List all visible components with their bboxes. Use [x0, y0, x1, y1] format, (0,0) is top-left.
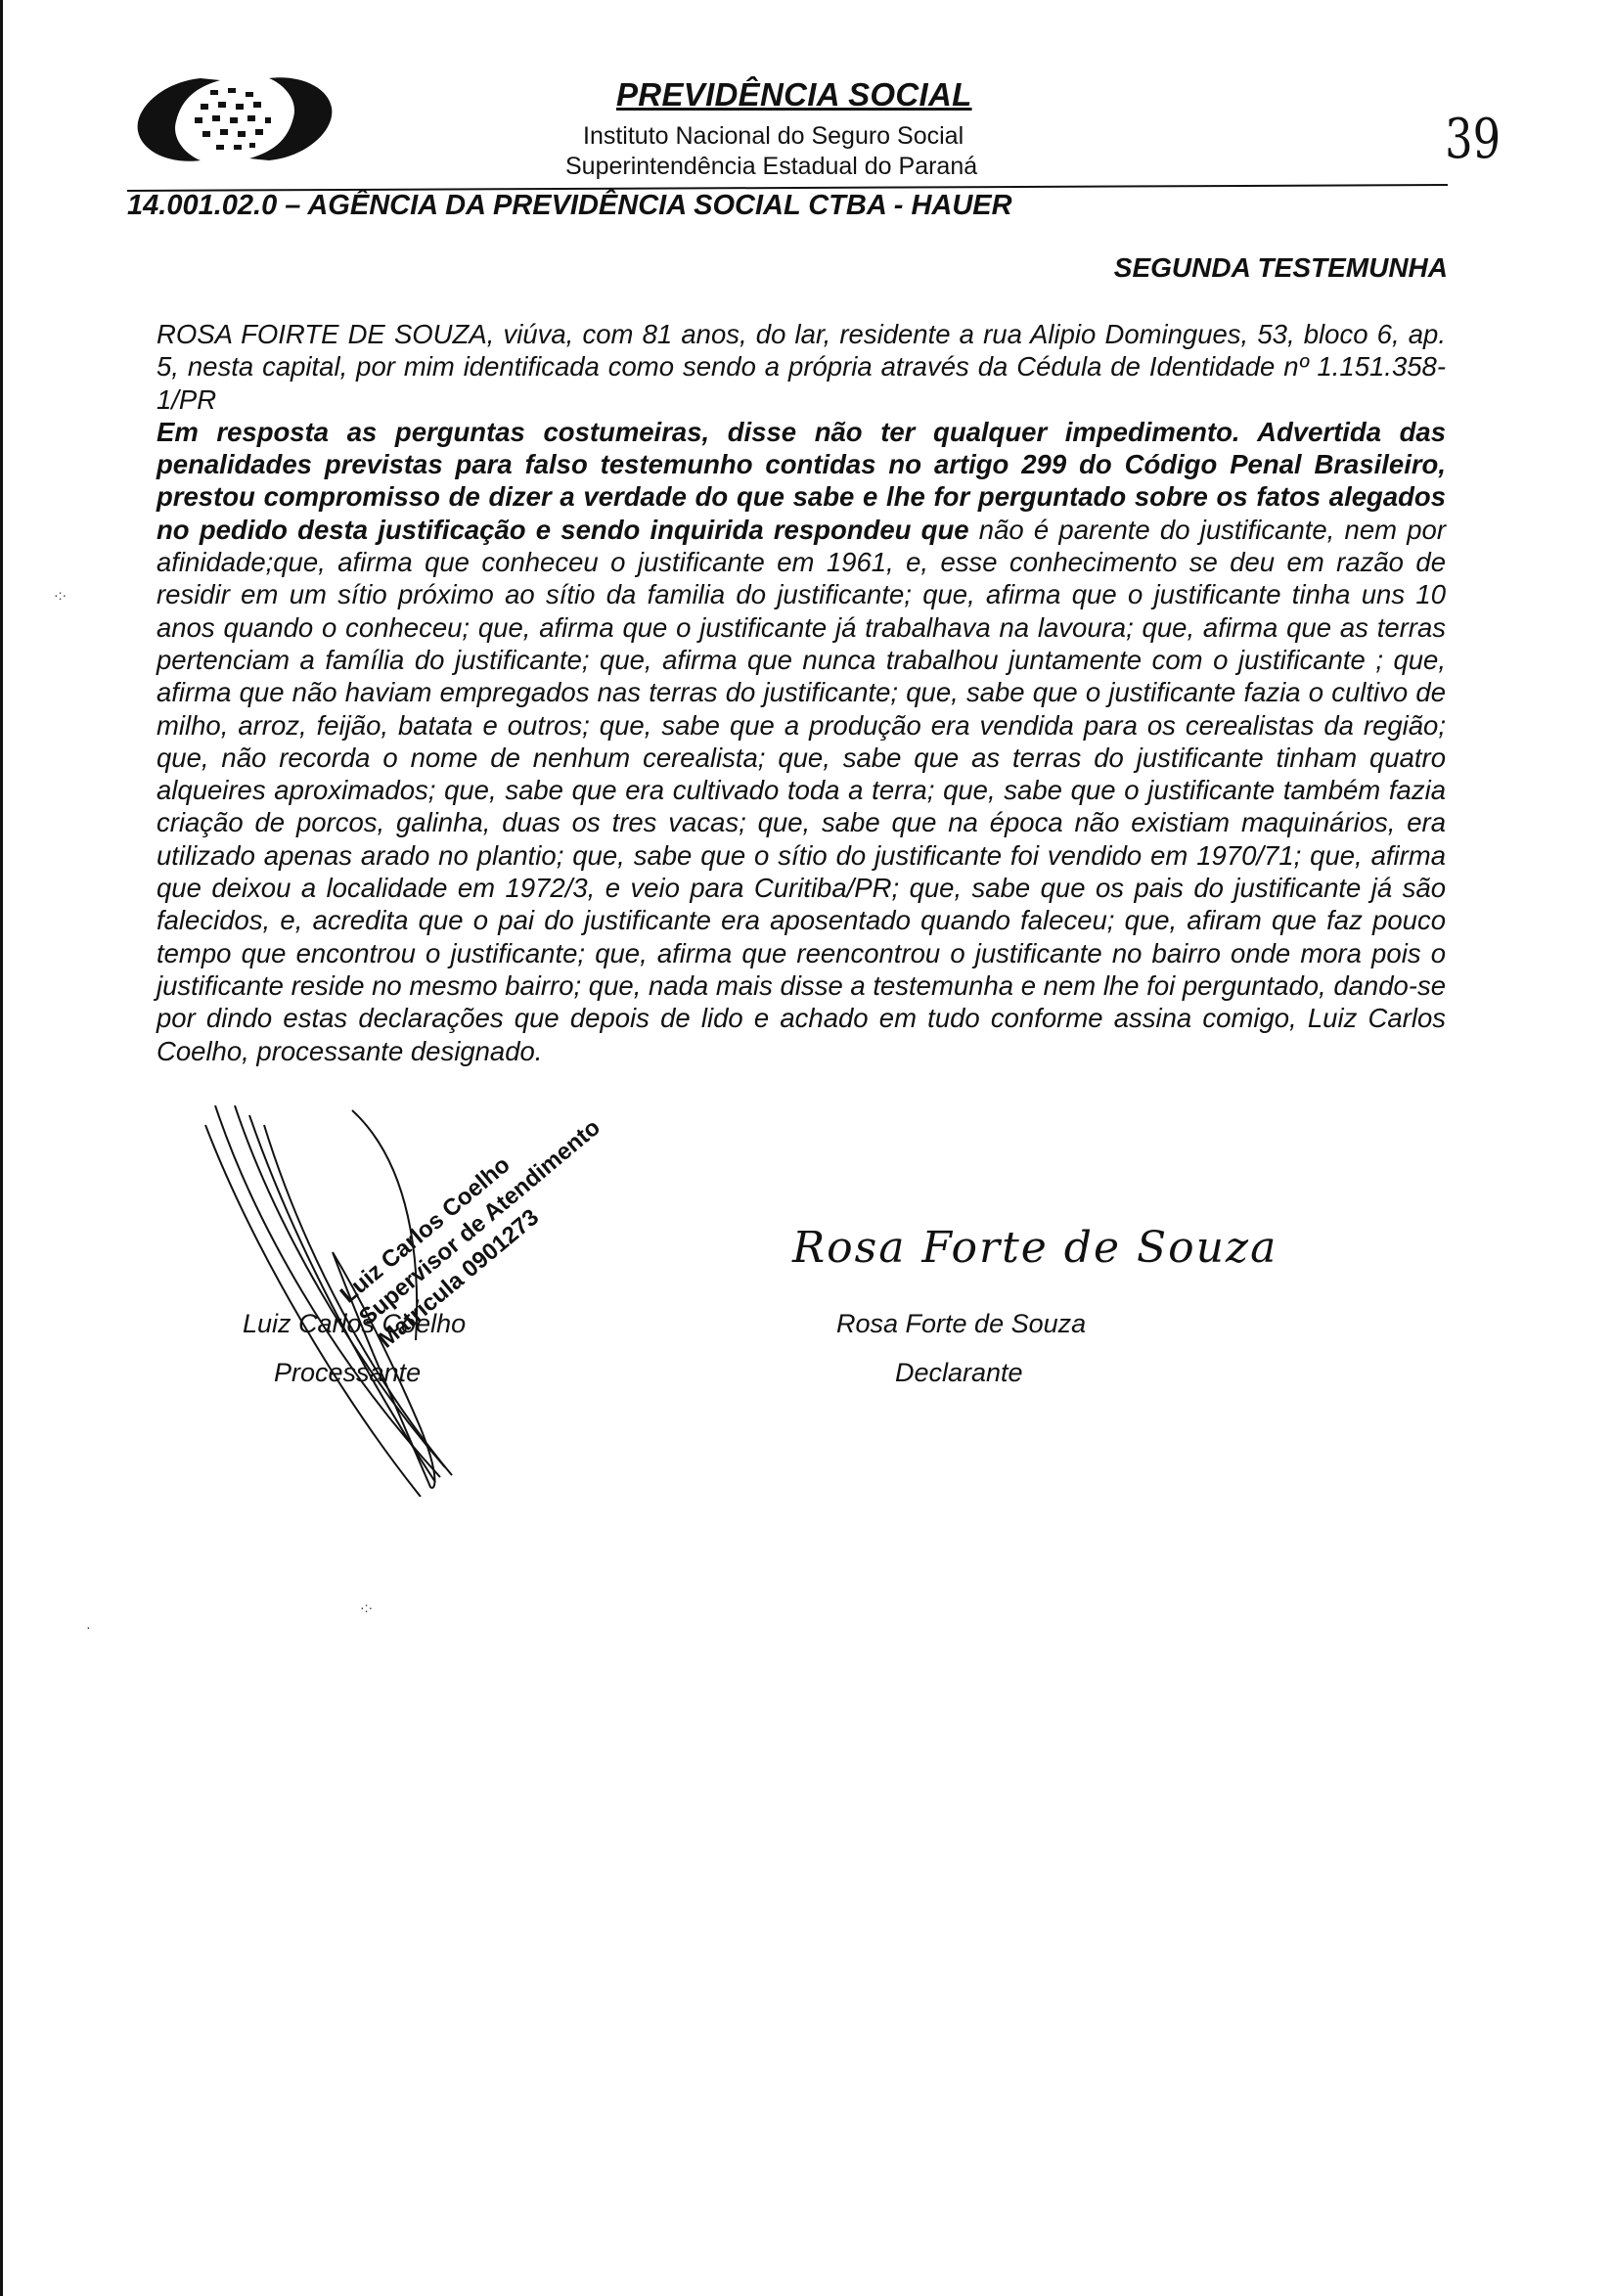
previdencia-logo-icon [132, 70, 337, 168]
testimony-body: ROSA FOIRTE DE SOUZA, viúva, com 81 anos… [157, 318, 1446, 1067]
header-title: PREVIDÊNCIA SOCIAL [616, 76, 972, 113]
processor-role: Processante [274, 1358, 421, 1388]
header-superintendence: Superintendência Estadual do Paraná [565, 153, 977, 181]
handwritten-page-number: 39 [1445, 108, 1501, 171]
processor-name: Luiz Carlos Coelho [243, 1309, 466, 1339]
testimony-statements: não é parente do justificante, nem por a… [157, 515, 1446, 968]
header-institute: Instituto Nacional do Seguro Social [583, 122, 964, 151]
declarant-name: Rosa Forte de Souza [836, 1309, 1086, 1339]
testimony-paragraph: Em resposta as perguntas costumeiras, di… [157, 416, 1446, 1067]
scan-speck: ·:· [54, 587, 67, 603]
declarant-role: Declarante [895, 1358, 1023, 1388]
witness-identification: ROSA FOIRTE DE SOUZA, viúva, com 81 anos… [157, 318, 1446, 416]
scan-speck: ·:· [360, 1599, 373, 1615]
declarant-handwritten-signature: Rosa Forte de Souza [792, 1223, 1278, 1273]
section-title: SEGUNDA TESTEMUNHA [1114, 252, 1448, 284]
agency-heading: 14.001.02.0 – AGÊNCIA DA PREVIDÊNCIA SOC… [127, 190, 1012, 222]
scan-speck: · [86, 1619, 91, 1635]
scan-border [0, 0, 3, 2296]
